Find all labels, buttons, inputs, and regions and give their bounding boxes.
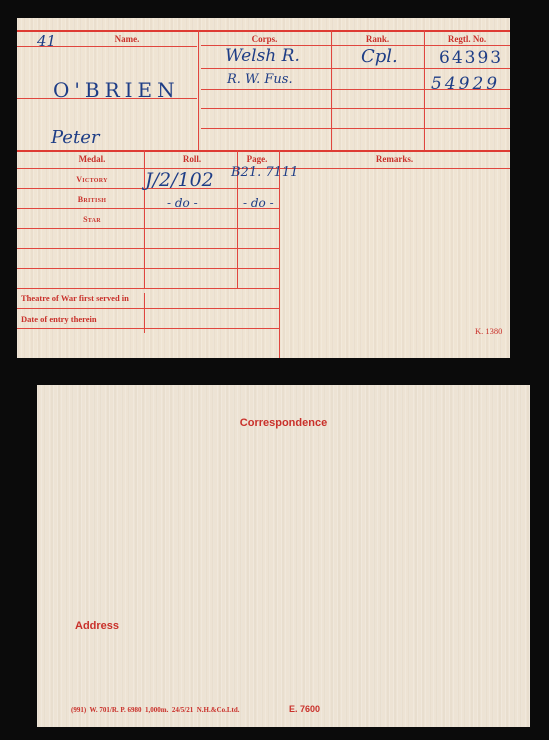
remarks-header: Remarks.	[279, 154, 510, 164]
rule	[279, 150, 280, 358]
medal-victory-label: Victory	[37, 175, 147, 184]
british-roll: - do -	[167, 196, 198, 210]
corps-entry-2: R. W. Fus.	[227, 72, 293, 87]
rule	[424, 30, 425, 150]
name-header: Name.	[57, 34, 197, 44]
medal-british-label: British	[37, 195, 147, 204]
victory-roll: J/2/102	[145, 169, 214, 191]
victory-page: B21. 7111	[231, 165, 298, 180]
rule	[331, 30, 332, 150]
rank-entry: Cpl.	[361, 46, 398, 67]
medal-header: Medal.	[37, 154, 147, 164]
medal-card-front: Name. 41 O'BRIEN Peter Corps. Rank. Regt…	[17, 18, 510, 358]
form-code: K. 1380	[475, 326, 502, 336]
corps-header: Corps.	[198, 34, 331, 44]
rule	[17, 328, 279, 329]
medal-card-back: Correspondence Address (991) W. 701/R. P…	[37, 385, 530, 727]
regtl-no-entry-2: 54929	[431, 74, 500, 94]
printer-code: E. 7600	[289, 704, 320, 714]
rule	[17, 228, 279, 229]
rule	[17, 150, 510, 152]
rank-header: Rank.	[331, 34, 424, 44]
rule	[17, 30, 510, 32]
rule	[198, 30, 199, 150]
regtl-no-header: Regtl. No.	[424, 34, 510, 44]
rule	[17, 308, 279, 309]
correspondence-label: Correspondence	[37, 417, 530, 429]
printer-line: (991) W. 701/R. P. 6980 1,000m. 24/5/21 …	[71, 706, 240, 714]
card-number-annotation: 41	[37, 32, 56, 50]
rule	[17, 268, 279, 269]
address-label: Address	[75, 620, 119, 632]
medal-star-label: Star	[37, 215, 147, 224]
theatre-of-war-label: Theatre of War first served in	[21, 293, 129, 303]
rule	[17, 208, 279, 209]
rule	[144, 293, 145, 333]
rule	[17, 98, 197, 99]
rule	[17, 248, 279, 249]
forename: Peter	[51, 127, 99, 148]
rule	[201, 128, 510, 129]
date-of-entry-label: Date of entry therein	[21, 314, 97, 324]
rule	[17, 288, 279, 289]
british-page: - do -	[243, 196, 274, 210]
rule	[201, 108, 510, 109]
page-header: Page.	[237, 154, 277, 164]
corps-entry-1: Welsh R.	[225, 46, 300, 66]
rule	[201, 68, 510, 69]
roll-header: Roll.	[147, 154, 237, 164]
regtl-no-entry-1: 64393	[439, 48, 503, 68]
